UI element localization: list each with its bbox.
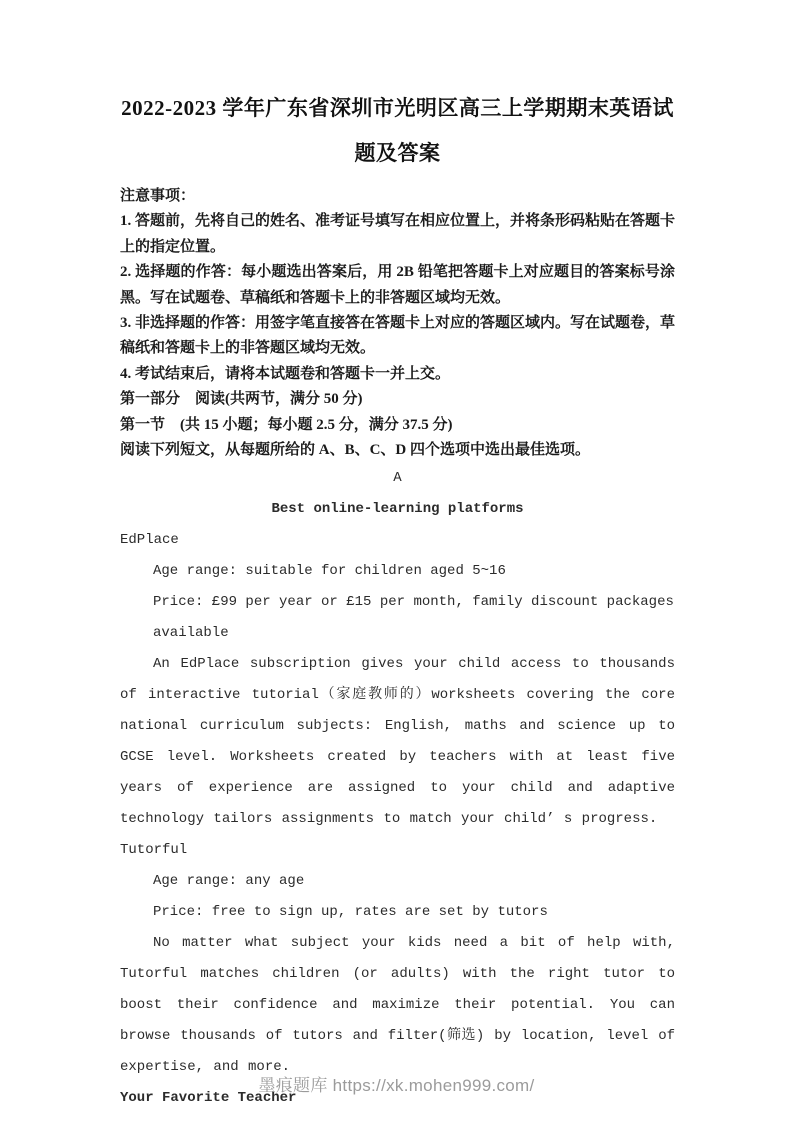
part-heading: 第一部分 阅读(共两节，满分 50 分) <box>120 387 675 412</box>
platform-price: Price: £99 per year or £15 per month, fa… <box>120 587 675 649</box>
reading-instruction: 阅读下列短文，从每题所给的 A、B、C、D 四个选项中选出最佳选项。 <box>120 438 675 463</box>
passage-title: Best online-learning platforms <box>120 494 675 525</box>
notice-item: 4. 考试结束后，请将本试题卷和答题卡一并上交。 <box>120 362 675 387</box>
platform-name-edplace: EdPlace <box>120 525 675 556</box>
platform-description: No matter what subject your kids need a … <box>120 928 675 1083</box>
watermark-footer: 墨痕题库 https://xk.mohen999.com/ <box>0 1071 793 1096</box>
exam-notice-section: 注意事项： 1. 答题前，先将自己的姓名、准考证号填写在相应位置上，并将条形码粘… <box>120 184 675 463</box>
passage-label: A <box>120 463 675 494</box>
notice-item: 1. 答题前，先将自己的姓名、准考证号填写在相应位置上，并将条形码粘贴在答题卡上… <box>120 209 675 260</box>
reading-passage: A Best online-learning platforms EdPlace… <box>120 463 675 1114</box>
platform-name-tutorful: Tutorful <box>120 835 675 866</box>
platform-price: Price: free to sign up, rates are set by… <box>120 897 675 928</box>
section-heading: 第一节 (共 15 小题；每小题 2.5 分，满分 37.5 分) <box>120 413 675 438</box>
notice-item: 3. 非选择题的作答：用签字笔直接答在答题卡上对应的答题区域内。写在试题卷，草稿… <box>120 311 675 362</box>
platform-age-range: Age range: suitable for children aged 5~… <box>120 556 675 587</box>
notice-heading: 注意事项： <box>120 184 675 209</box>
platform-description: An EdPlace subscription gives your child… <box>120 649 675 835</box>
notice-item: 2. 选择题的作答：每小题选出答案后，用 2B 铅笔把答题卡上对应题目的答案标号… <box>120 260 675 311</box>
platform-age-range: Age range: any age <box>120 866 675 897</box>
exam-document-page: 2022-2023 学年广东省深圳市光明区高三上学期期末英语试题及答案 注意事项… <box>0 0 793 1114</box>
document-title: 2022-2023 学年广东省深圳市光明区高三上学期期末英语试题及答案 <box>120 86 675 176</box>
